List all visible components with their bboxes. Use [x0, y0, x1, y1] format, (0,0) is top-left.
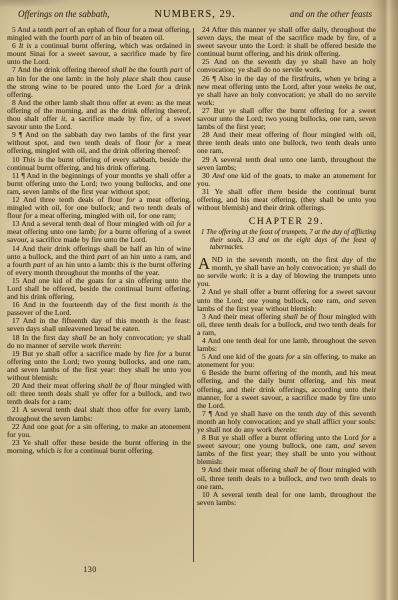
chapter-heading: CHAPTER 29. [197, 218, 376, 226]
left-column: 5 And a tenth part of an ephah of flour … [7, 26, 191, 578]
running-header-right: and on the other feasts [236, 9, 374, 19]
verse-28-21: 21 A several tenth deal shalt thou offer… [7, 406, 191, 422]
verse-28-31: 31 Ye shall offer them beside the contin… [197, 188, 376, 212]
verse-28-27: 27 But ye shall offer the burnt offering… [197, 107, 376, 131]
verse-28-13: 13 And a several tenth deal of flour min… [7, 220, 191, 244]
verse-28-24: 24 After this manner ye shall offer dail… [197, 26, 376, 58]
running-header-title: NUMBERS, 29. [154, 9, 235, 20]
verse-28-15: 15 And one kid of the goats for a sin of… [7, 277, 191, 301]
verse-29-1: AND in the seventh month, on the first d… [197, 256, 376, 288]
verse-28-23: 23 Ye shall offer these beside the burnt… [7, 439, 191, 455]
verse-29-6: 6 Beside the burnt offering of the month… [197, 369, 376, 409]
verse-28-10: 10 This is the burnt offering of every s… [7, 156, 191, 172]
drop-cap-letter: A [197, 256, 212, 271]
verse-28-7: 7 And the drink offering thereof shall b… [7, 66, 191, 98]
verse-29-2: 2 And ye shall offer a burnt offering fo… [197, 288, 376, 312]
verse-28-14: 14 And their drink offerings shall be ha… [7, 245, 191, 277]
verse-28-26: 26 ¶ Also in the day of the firstfruits,… [197, 75, 376, 107]
verse-28-16: 16 And in the fourteenth day of the firs… [7, 301, 191, 317]
verse-28-12: 12 And three tenth deals of flour for a … [7, 196, 191, 220]
verse-29-7: 7 ¶ And ye shall have on the tenth day o… [197, 410, 376, 434]
right-column: 24 After this manner ye shall offer dail… [197, 26, 376, 578]
verse-28-30: 30 And one kid of the goats, to make an … [197, 172, 376, 188]
verse-29-3: 3 And their meat offering shall be of fl… [197, 313, 376, 337]
verse-29-4: 4 And one tenth deal for one lamb, throu… [197, 337, 376, 353]
verse-29-5: 5 And one kid of the goats for a sin off… [197, 353, 376, 369]
verse-29-10: 10 A several tenth deal for one lamb, th… [197, 491, 376, 507]
verse-28-18: 18 In the first day shall be an holy con… [7, 334, 191, 350]
text-columns: 5 And a tenth part of an ephah of flour … [7, 26, 376, 578]
verse-28-17: 17 And in the fifteenth day of this mont… [7, 317, 191, 333]
verse-28-29: 29 A several tenth deal unto one lamb, t… [197, 156, 376, 172]
bible-page-scan: Offerings on the sabbath, NUMBERS, 29. a… [0, 0, 398, 600]
verse-28-20: 20 And their meat offering shall be of f… [7, 382, 191, 406]
verse-29-8: 8 But ye shall offer a burnt offering un… [197, 434, 376, 466]
verse-28-11: 11 ¶ And in the beginnings of your month… [7, 172, 191, 196]
verse-28-9: 9 ¶ And on the sabbath day two lambs of … [7, 131, 191, 155]
verse-29-9: 9 And their meat offering shall be of fl… [197, 466, 376, 490]
verse-28-28: 28 And their meat offering of flour ming… [197, 131, 376, 155]
chapter-summary: 1 The offering at the feast of trumpets,… [197, 229, 376, 252]
running-header: Offerings on the sabbath, NUMBERS, 29. a… [10, 9, 374, 20]
verse-28-5: 5 And a tenth part of an ephah of flour … [7, 26, 191, 42]
verse-28-6: 6 It is a continual burnt offering, whic… [7, 42, 191, 66]
verse-28-19: 19 But ye shall offer a sacrifice made b… [7, 350, 191, 382]
running-header-left: Offerings on the sabbath, [10, 9, 154, 19]
column-divider-rule [193, 28, 194, 562]
verse-28-25: 25 And on the seventh day ye shall have … [197, 58, 376, 74]
verse-28-22: 22 And one goat for a sin offering, to m… [7, 423, 191, 439]
page-number: 130 [55, 565, 125, 574]
verse-29-1-text: ND in the seventh month, on the first da… [197, 255, 376, 288]
verse-28-8: 8 And the other lamb shalt thou offer at… [7, 99, 191, 131]
